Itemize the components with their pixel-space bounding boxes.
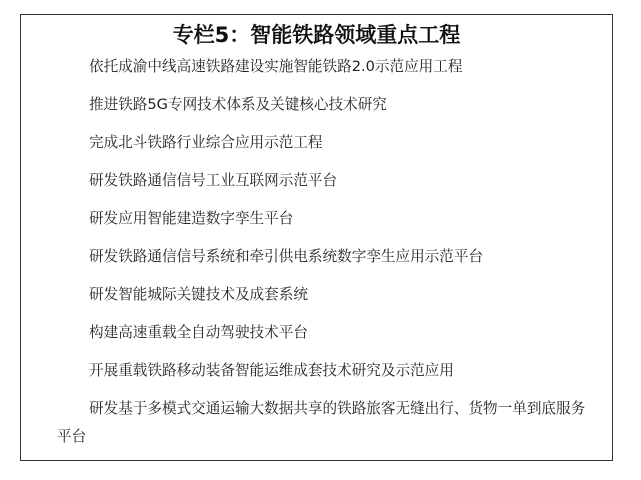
- list-item: 完成北斗铁路行业综合应用示范工程: [57, 133, 597, 153]
- list-item: 推进铁路5G专网技术体系及关键核心技术研究: [57, 95, 597, 115]
- feature-box: 专栏5：智能铁路领域重点工程 依托成渝中线高速铁路建设实施智能铁路2.0示范应用…: [20, 14, 613, 461]
- list-item: 研发铁路通信信号工业互联网示范平台: [57, 171, 597, 191]
- list-item: 研发铁路通信信号系统和牵引供电系统数字孪生应用示范平台: [57, 247, 597, 267]
- list-item: 研发基于多模式交通运输大数据共享的铁路旅客无缝出行、货物一单到底服务平台: [57, 395, 597, 451]
- list-item: 依托成渝中线高速铁路建设实施智能铁路2.0示范应用工程: [57, 57, 597, 77]
- list-item: 研发智能城际关键技术及成套系统: [57, 285, 597, 305]
- list-item: 开展重载铁路移动装备智能运维成套技术研究及示范应用: [57, 361, 597, 381]
- list-item: 研发应用智能建造数字孪生平台: [57, 209, 597, 229]
- box-title: 专栏5：智能铁路领域重点工程: [21, 19, 612, 49]
- project-list: 依托成渝中线高速铁路建设实施智能铁路2.0示范应用工程 推进铁路5G专网技术体系…: [57, 57, 597, 469]
- list-item: 构建高速重载全自动驾驶技术平台: [57, 323, 597, 343]
